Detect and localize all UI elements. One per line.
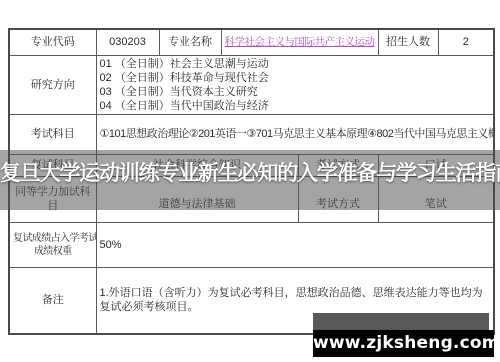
table-row: 考试科目 ①101思想政治理论②201英语一③701马克思主义基本原理④802当…: [9, 114, 494, 154]
major-code-value: 030203: [96, 29, 159, 55]
exam-subjects-content: ①101思想政治理论②201英语一③701马克思主义基本原理④802当代中国马克…: [96, 114, 494, 154]
major-code-label: 专业代码: [9, 29, 96, 55]
research-directions-cell: 01 （全日制）社会主义思潮与运动 02 （全日制）科技革命与现代社会 03 （…: [96, 55, 494, 114]
reexam-weight-label-line1: 复试成绩占入学考试总: [13, 232, 93, 245]
table-row: 研究方向 01 （全日制）社会主义思潮与运动 02 （全日制）科技革命与现代社会…: [9, 55, 494, 114]
major-name-link[interactable]: 科学社会主义与国际共产主义运动: [225, 36, 375, 48]
research-direction-item: 04 （全日制）当代中国政治与经济: [100, 99, 491, 113]
research-directions-label: 研究方向: [9, 55, 96, 114]
notes-label: 备注: [9, 267, 96, 334]
watermark-url: www.zjksheng.com: [313, 330, 494, 357]
research-direction-item: 03 （全日制）当代资本主义研究: [100, 85, 491, 99]
article-title-overlay: 复旦大学运动训练专业新生必知的入学准备与学习生活指南: [0, 157, 500, 191]
reexam-weight-label-line2: 成绩权重: [13, 245, 93, 258]
major-name-label: 专业名称: [159, 29, 221, 55]
enrollment-label: 招生人数: [378, 29, 438, 55]
reexam-weight-value: 50%: [96, 222, 494, 267]
table-row: 复试成绩占入学考试总 成绩权重 50%: [9, 222, 494, 267]
page: 专业代码 030203 专业名称 科学社会主义与国际共产主义运动 招生人数 2 …: [0, 0, 500, 362]
major-name-cell: 科学社会主义与国际共产主义运动: [221, 29, 378, 55]
research-direction-item: 02 （全日制）科技革命与现代社会: [100, 71, 491, 85]
reexam-weight-label: 复试成绩占入学考试总 成绩权重: [9, 222, 96, 267]
watermark-bar: [313, 313, 489, 330]
research-direction-item: 01 （全日制）社会主义思潮与运动: [100, 57, 491, 71]
table-row: 专业代码 030203 专业名称 科学社会主义与国际共产主义运动 招生人数 2: [9, 29, 494, 55]
exam-subjects-label: 考试科目: [9, 114, 96, 154]
enrollment-value: 2: [438, 29, 494, 55]
